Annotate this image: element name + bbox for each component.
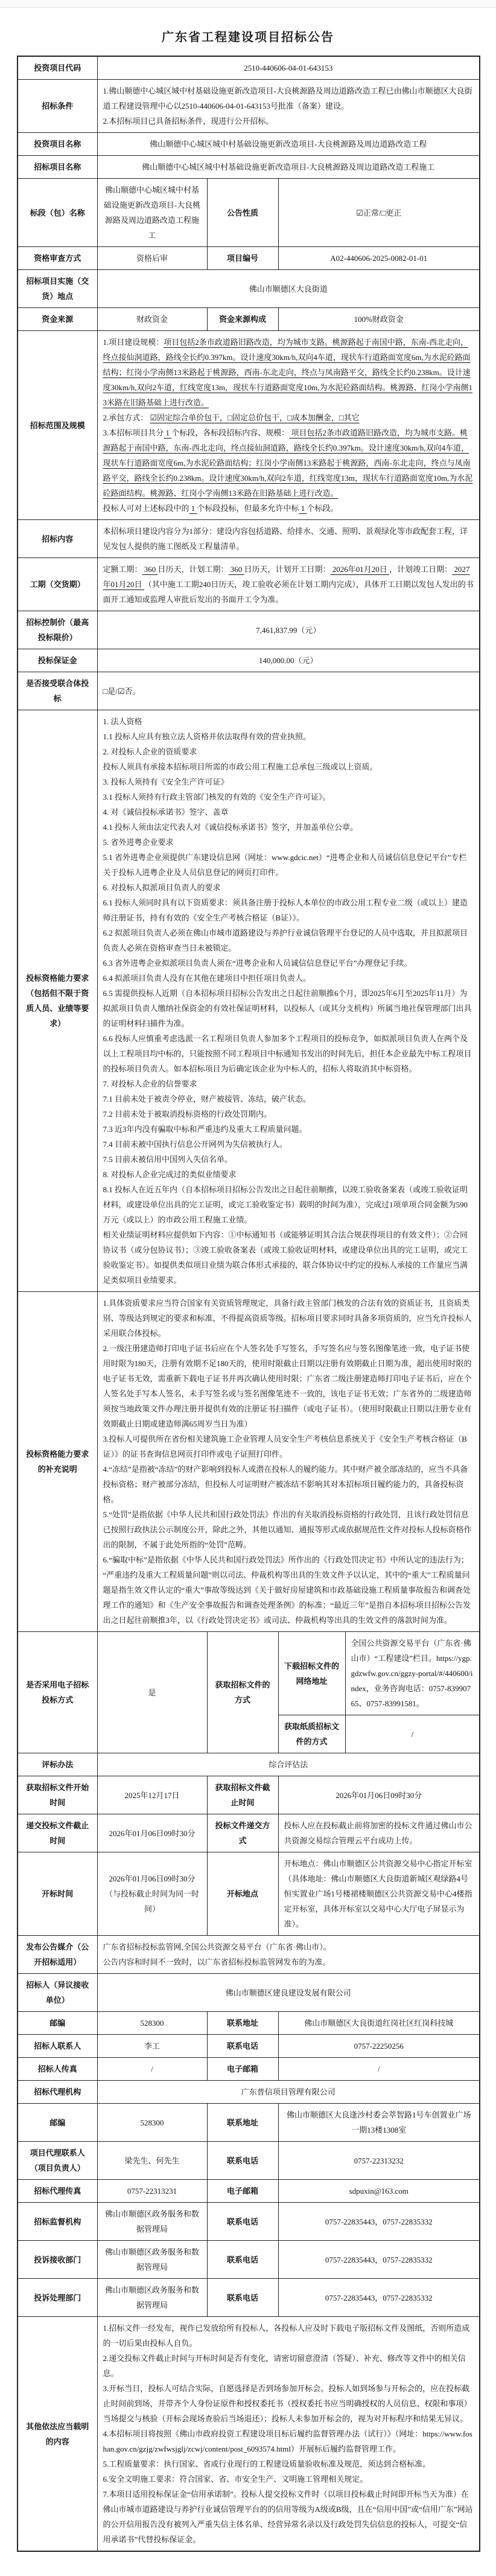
supervisor-phone-value: 0757-22835443，0757-22835332 xyxy=(278,2203,480,2241)
tender-content-value: 本招标项目建设内容分为1部分：建设内容包括道路、给排水、交通、照明、景观绿化等市… xyxy=(97,520,480,558)
tenderer-contact-value: 李工 xyxy=(97,2035,207,2058)
qualification-review-label: 资格审查方式 xyxy=(17,247,97,270)
tenderer-phone-label: 联系电话 xyxy=(207,2035,278,2058)
row-paper-doc: 获取纸质招标文件的方式 / xyxy=(279,1715,480,1753)
investment-name-label: 投资项目名称 xyxy=(17,133,97,156)
qualification-review-value: 资格后审 xyxy=(97,247,207,270)
agency-email-value: sdpuxin@163.com xyxy=(278,2180,480,2203)
media-value: 广东省招标投标监管网,全国公共资源交易平台（广东省·佛山市）。公告内容和时间不一… xyxy=(97,1936,480,1974)
row-funding: 资金来源 财政资金 资金来源构成 100%财政资金 xyxy=(17,308,480,331)
row-bid-bond: 投标保证金 140,000.00（元） xyxy=(17,649,480,672)
tender-name-value: 佛山顺德中心城区城中村基础设施更新改造项目-大良桃源路及周边道路改造工程施工 xyxy=(97,156,480,179)
row-qualification-review: 资格审查方式 资格后审 项目编号 A02-440606-2025-0082-01… xyxy=(17,247,480,270)
complaint-handle-phone-label: 联系电话 xyxy=(207,2279,278,2317)
doc-end-value: 2026年01月06日09时30分 xyxy=(278,1776,480,1814)
row-duration: 工期（交货期） 定额工期： 360 日历天，计划工期： 360 日历天，计划开工… xyxy=(17,558,480,611)
agency-fax-label: 招标代理传真 xyxy=(17,2180,97,2203)
row-e-bidding: 是否采用电子招标投标方式 是 获取招标文件的方式 下载招标文件的网络地址 全国公… xyxy=(17,1632,480,1753)
bid-bond-value: 140,000.00（元） xyxy=(97,649,480,672)
row-tender-name: 招标项目名称 佛山顺德中心城区城中村基础设施更新改造项目-大良桃源路及周边道路改… xyxy=(17,156,480,179)
tenderer-address-label: 联系地址 xyxy=(207,2012,278,2035)
section-package-label: 标段（包）名称 xyxy=(17,179,97,247)
notice-nature-label: 公告性质 xyxy=(207,179,278,247)
e-bidding-value: 是 xyxy=(97,1632,207,1753)
consortium-value: □是/☑否。 xyxy=(97,672,480,710)
row-tender-conditions: 招标条件 1.佛山顺德中心城区城中村基础设施更新改造项目-大良桃源路及周边道路改… xyxy=(17,80,480,133)
tenderer-contact-label: 招标人联系人 xyxy=(17,2035,97,2058)
submit-method-label: 投标文件递交方式 xyxy=(207,1814,278,1852)
supervisor-label: 招标监督机构 xyxy=(17,2203,97,2241)
tender-conditions-value: 1.佛山顺德中心城区城中村基础设施更新改造项目-大良桃源路及周边道路改造工程已由… xyxy=(97,80,480,133)
other-content-value: 1.招标文件一经发布，视作已发放给所有投标人，各投标人应及时下载电子版招标文件及… xyxy=(97,2317,480,2552)
opening-time-value: 2026年01月06日09时30分（与投标截止时间为同一时间） xyxy=(97,1852,207,1936)
row-tenderer-post: 邮编 528300 联系地址 佛山市顺德区大良街道红岗社区红岗科技城 xyxy=(17,2012,480,2035)
row-agency: 招标代理机构 广东普信项目管理有限公司 xyxy=(17,2081,480,2104)
qualification-req-label: 投标资格能力要求（包括但不限于资质人员、业绩等要求） xyxy=(17,710,97,1292)
supervisor-phone-label: 联系电话 xyxy=(207,2203,278,2241)
scope-value: 1.项目建设规模：项目包括2条市政道路旧路改造，均为城市支路。桃源路起于南国中路… xyxy=(97,331,480,520)
agency-address-value: 佛山市顺德区大良逢沙村委会萃智路1号车创置业广场一期13楼1308室 xyxy=(278,2104,480,2142)
opening-time-label: 开标时间 xyxy=(17,1852,97,1936)
duration-label: 工期（交货期） xyxy=(17,558,97,611)
row-agency-contact: 项目代理联系人（项目负责人） 梁先生、何先生 联系电话 0757-2231323… xyxy=(17,2142,480,2180)
row-location: 招标项目实施（交货）地点 佛山市顺德区大良街道 xyxy=(17,270,480,308)
project-number-value: A02-440606-2025-0082-01-01 xyxy=(278,247,480,270)
control-price-value: 7,461,837.99（元） xyxy=(97,611,480,649)
qualification-notes-label: 投标资格能力要求的补充说明 xyxy=(17,1292,97,1632)
row-complaint-receive: 投诉接收部门 佛山市顺德区政务服务和数据管理局 联系电话 0757-228354… xyxy=(17,2241,480,2279)
page-top-bar xyxy=(0,0,496,8)
row-tender-content: 招标内容 本招标项目建设内容分为1部分：建设内容包括道路、给排水、交通、照明、景… xyxy=(17,520,480,558)
agency-phone-label: 联系电话 xyxy=(207,2142,278,2180)
evaluation-value: 综合评估法 xyxy=(97,1753,480,1776)
duration-value: 定额工期： 360 日历天，计划工期： 360 日历天，计划开工日期： 2026… xyxy=(97,558,480,611)
complaint-handle-phone-value: 0757-22835443，0757-22835332 xyxy=(278,2279,480,2317)
row-scope: 招标范围及规模 1.项目建设规模：项目包括2条市政道路旧路改造，均为城市支路。桃… xyxy=(17,331,480,520)
doc-start-label: 获取招标文件开始时间 xyxy=(17,1776,97,1814)
tender-name-label: 招标项目名称 xyxy=(17,156,97,179)
complaint-receive-label: 投诉接收部门 xyxy=(17,2241,97,2279)
funding-composition-label: 资金来源构成 xyxy=(207,308,278,331)
row-qualification-req: 投标资格能力要求（包括但不限于资质人员、业绩等要求） 1. 法人资格1.1 投标… xyxy=(17,710,480,1292)
agency-address-label: 联系地址 xyxy=(207,2104,278,2142)
consortium-label: 是否接受联合体投标 xyxy=(17,672,97,710)
row-evaluation: 评标办法 综合评估法 xyxy=(17,1753,480,1776)
announcement-table: 投资项目代码 2510-440606-04-01-643153 招标条件 1.佛… xyxy=(17,56,480,2552)
notice-nature-value: ☑正常/□更正 xyxy=(278,179,480,247)
agency-label: 招标代理机构 xyxy=(17,2081,97,2104)
investment-name-value: 佛山顺德中心城区城中村基础设施更新改造项目-大良桃源路及周边道路改造工程 xyxy=(97,133,480,156)
agency-postcode-value: 528300 xyxy=(97,2104,207,2142)
tenderer-email-value: / xyxy=(278,2058,480,2081)
tender-announcement-document: 广东省工程建设项目招标公告 投资项目代码 2510-440606-04-01-6… xyxy=(17,8,479,2552)
submit-deadline-value: 2026年01月06日09时30分 xyxy=(97,1814,207,1852)
complaint-handle-value: 佛山市顺德区政务服务和数据管理局 xyxy=(97,2279,207,2317)
agency-phone-value: 0757-22313232 xyxy=(278,2142,480,2180)
opening-place-value: 开标地点：佛山市顺德区公共资源交易中心指定开标室（具体地址：佛山市顺德区大良街道… xyxy=(278,1852,480,1936)
funding-value: 财政资金 xyxy=(97,308,207,331)
bid-bond-label: 投标保证金 xyxy=(17,649,97,672)
tenderer-label: 招标人（异议接收单位） xyxy=(17,1974,97,2012)
agency-contact-value: 梁先生、何先生 xyxy=(97,2142,207,2180)
evaluation-label: 评标办法 xyxy=(17,1753,97,1776)
location-label: 招标项目实施（交货）地点 xyxy=(17,270,97,308)
scope-label: 招标范围及规模 xyxy=(17,331,97,520)
row-control-price: 招标控制价（最高投标限价） 7,461,837.99（元） xyxy=(17,611,480,649)
row-tenderer-fax: 招标人传真 / 电子邮箱 / xyxy=(17,2058,480,2081)
supervisor-value: 佛山市顺德区政务服务和数据管理局 xyxy=(97,2203,207,2241)
tenderer-fax-value: / xyxy=(97,2058,207,2081)
download-url-value: 全国公共资源交易平台（广东省·佛山市）“工程建设”栏目。https://ygp.… xyxy=(345,1632,479,1715)
row-complaint-handle: 投诉处理部门 佛山市顺德区政务服务和数据管理局 联系电话 0757-228354… xyxy=(17,2279,480,2317)
agency-postcode-label: 邮编 xyxy=(17,2104,97,2142)
row-agency-fax: 招标代理传真 0757-22313231 电子邮箱 sdpuxin@163.co… xyxy=(17,2180,480,2203)
tenderer-fax-label: 招标人传真 xyxy=(17,2058,97,2081)
submit-method-value: 投标人应在投标截止前将加密的投标文件通过佛山市公共资源交易综合管理云平台成功上传… xyxy=(278,1814,480,1852)
media-label: 发布公告媒介（公开招标适用） xyxy=(17,1936,97,1974)
tenderer-phone-value: 0757-22250256 xyxy=(278,2035,480,2058)
row-investment-name: 投资项目名称 佛山顺德中心城区城中村基础设施更新改造项目-大良桃源路及周边道路改… xyxy=(17,133,480,156)
qualification-notes-value: 1.具体资质要求应当符合国家有关资质管理规定，具备行政主管部门核发的合法有效的资… xyxy=(97,1292,480,1632)
row-agency-post: 邮编 528300 联系地址 佛山市顺德区大良逢沙村委会萃智路1号车创置业广场一… xyxy=(17,2104,480,2142)
complaint-receive-phone-label: 联系电话 xyxy=(207,2241,278,2279)
project-number-label: 项目编号 xyxy=(207,247,278,270)
complaint-handle-label: 投诉处理部门 xyxy=(17,2279,97,2317)
tenderer-value: 佛山市顺德区建良建设发展有限公司 xyxy=(97,1974,480,2012)
doc-acquisition-label: 获取招标文件的方式 xyxy=(207,1632,278,1753)
submit-deadline-label: 递交投标文件截止时间 xyxy=(17,1814,97,1852)
funding-label: 资金来源 xyxy=(17,308,97,331)
doc-acquisition-cell: 下载招标文件的网络地址 全国公共资源交易平台（广东省·佛山市）“工程建设”栏目。… xyxy=(278,1632,480,1753)
e-bidding-label: 是否采用电子招标投标方式 xyxy=(17,1632,97,1753)
tenderer-email-label: 电子邮箱 xyxy=(207,2058,278,2081)
section-package-value: 佛山顺德中心城区城中村基础设施更新改造项目-大良桃源路及周边道路改造工程施工 xyxy=(97,179,207,247)
row-supervisor: 招标监督机构 佛山市顺德区政务服务和数据管理局 联系电话 0757-228354… xyxy=(17,2203,480,2241)
other-content-label: 其他依法应当载明的内容 xyxy=(17,2317,97,2552)
qualification-req-value: 1. 法人资格1.1 投标人应具有独立法人资格并依法取得有效的营业执照。2. 对… xyxy=(97,710,480,1292)
paper-doc-value: / xyxy=(345,1715,479,1753)
row-qualification-notes: 投标资格能力要求的补充说明 1.具体资质要求应当符合国家有关资质管理规定，具备行… xyxy=(17,1292,480,1632)
agency-fax-value: 0757-22313231 xyxy=(97,2180,207,2203)
row-opening: 开标时间 2026年01月06日09时30分（与投标截止时间为同一时间） 开标地… xyxy=(17,1852,480,1936)
complaint-receive-phone-value: 0757-22835443，0757-22835332 xyxy=(278,2241,480,2279)
row-download-url: 下载招标文件的网络地址 全国公共资源交易平台（广东省·佛山市）“工程建设”栏目。… xyxy=(279,1632,480,1715)
investment-code-label: 投资项目代码 xyxy=(17,56,97,80)
tenderer-postcode-value: 528300 xyxy=(97,2012,207,2035)
doc-start-value: 2025年12月17日 xyxy=(97,1776,207,1814)
agency-value: 广东普信项目管理有限公司 xyxy=(97,2081,480,2104)
tender-content-label: 招标内容 xyxy=(17,520,97,558)
complaint-receive-value: 佛山市顺德区政务服务和数据管理局 xyxy=(97,2241,207,2279)
tenderer-address-value: 佛山市顺德区大良街道红岗社区红岗科技城 xyxy=(278,2012,480,2035)
row-other-content: 其他依法应当载明的内容 1.招标文件一经发布，视作已发放给所有投标人，各投标人应… xyxy=(17,2317,480,2552)
row-section-package: 标段（包）名称 佛山顺德中心城区城中村基础设施更新改造项目-大良桃源路及周边道路… xyxy=(17,179,480,247)
opening-place-label: 开标地点 xyxy=(207,1852,278,1936)
agency-contact-label: 项目代理联系人（项目负责人） xyxy=(17,2142,97,2180)
control-price-label: 招标控制价（最高投标限价） xyxy=(17,611,97,649)
download-url-label: 下载招标文件的网络地址 xyxy=(279,1632,346,1715)
location-value: 佛山市顺德区大良街道 xyxy=(97,270,480,308)
page-title: 广东省工程建设项目招标公告 xyxy=(17,27,479,45)
row-media: 发布公告媒介（公开招标适用） 广东省招标投标监管网,全国公共资源交易平台（广东省… xyxy=(17,1936,480,1974)
row-doc-time: 获取招标文件开始时间 2025年12月17日 获取招标文件截止时间 2026年0… xyxy=(17,1776,480,1814)
agency-email-label: 电子邮箱 xyxy=(207,2180,278,2203)
funding-composition-value: 100%财政资金 xyxy=(278,308,480,331)
row-consortium: 是否接受联合体投标 □是/☑否。 xyxy=(17,672,480,710)
row-tenderer: 招标人（异议接收单位） 佛山市顺德区建良建设发展有限公司 xyxy=(17,1974,480,2012)
investment-code-value: 2510-440606-04-01-643153 xyxy=(97,56,480,80)
doc-end-label: 获取招标文件截止时间 xyxy=(207,1776,278,1814)
row-tenderer-contact: 招标人联系人 李工 联系电话 0757-22250256 xyxy=(17,2035,480,2058)
tender-conditions-label: 招标条件 xyxy=(17,80,97,133)
tenderer-postcode-label: 邮编 xyxy=(17,2012,97,2035)
row-investment-code: 投资项目代码 2510-440606-04-01-643153 xyxy=(17,56,480,80)
paper-doc-label: 获取纸质招标文件的方式 xyxy=(279,1715,346,1753)
row-submit-deadline: 递交投标文件截止时间 2026年01月06日09时30分 投标文件递交方式 投标… xyxy=(17,1814,480,1852)
doc-acquisition-table: 下载招标文件的网络地址 全国公共资源交易平台（广东省·佛山市）“工程建设”栏目。… xyxy=(279,1632,480,1753)
